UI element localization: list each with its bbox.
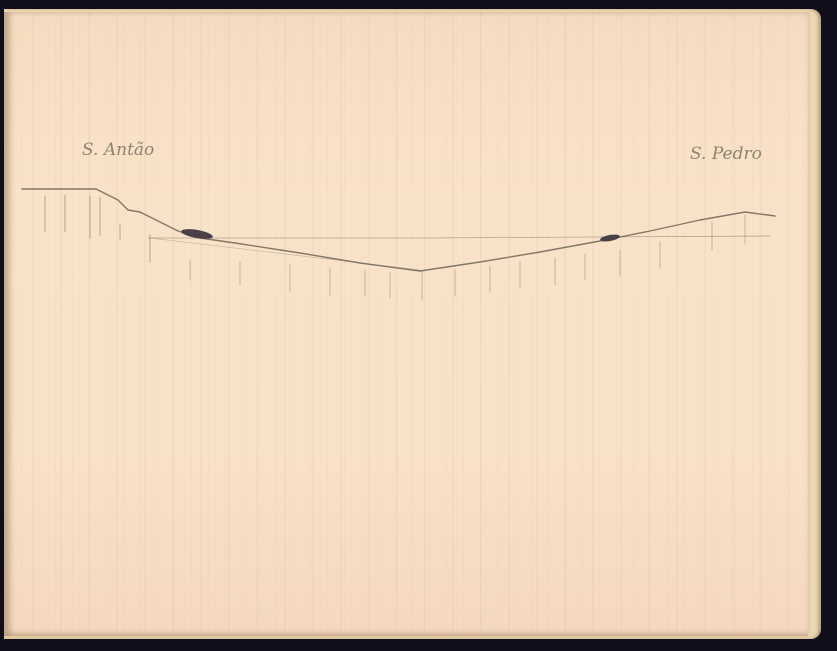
blob-right	[600, 233, 621, 242]
label-left: S. Antão	[82, 140, 154, 160]
pencil-profile-sketch	[0, 0, 837, 651]
label-right: S. Pedro	[690, 144, 762, 164]
